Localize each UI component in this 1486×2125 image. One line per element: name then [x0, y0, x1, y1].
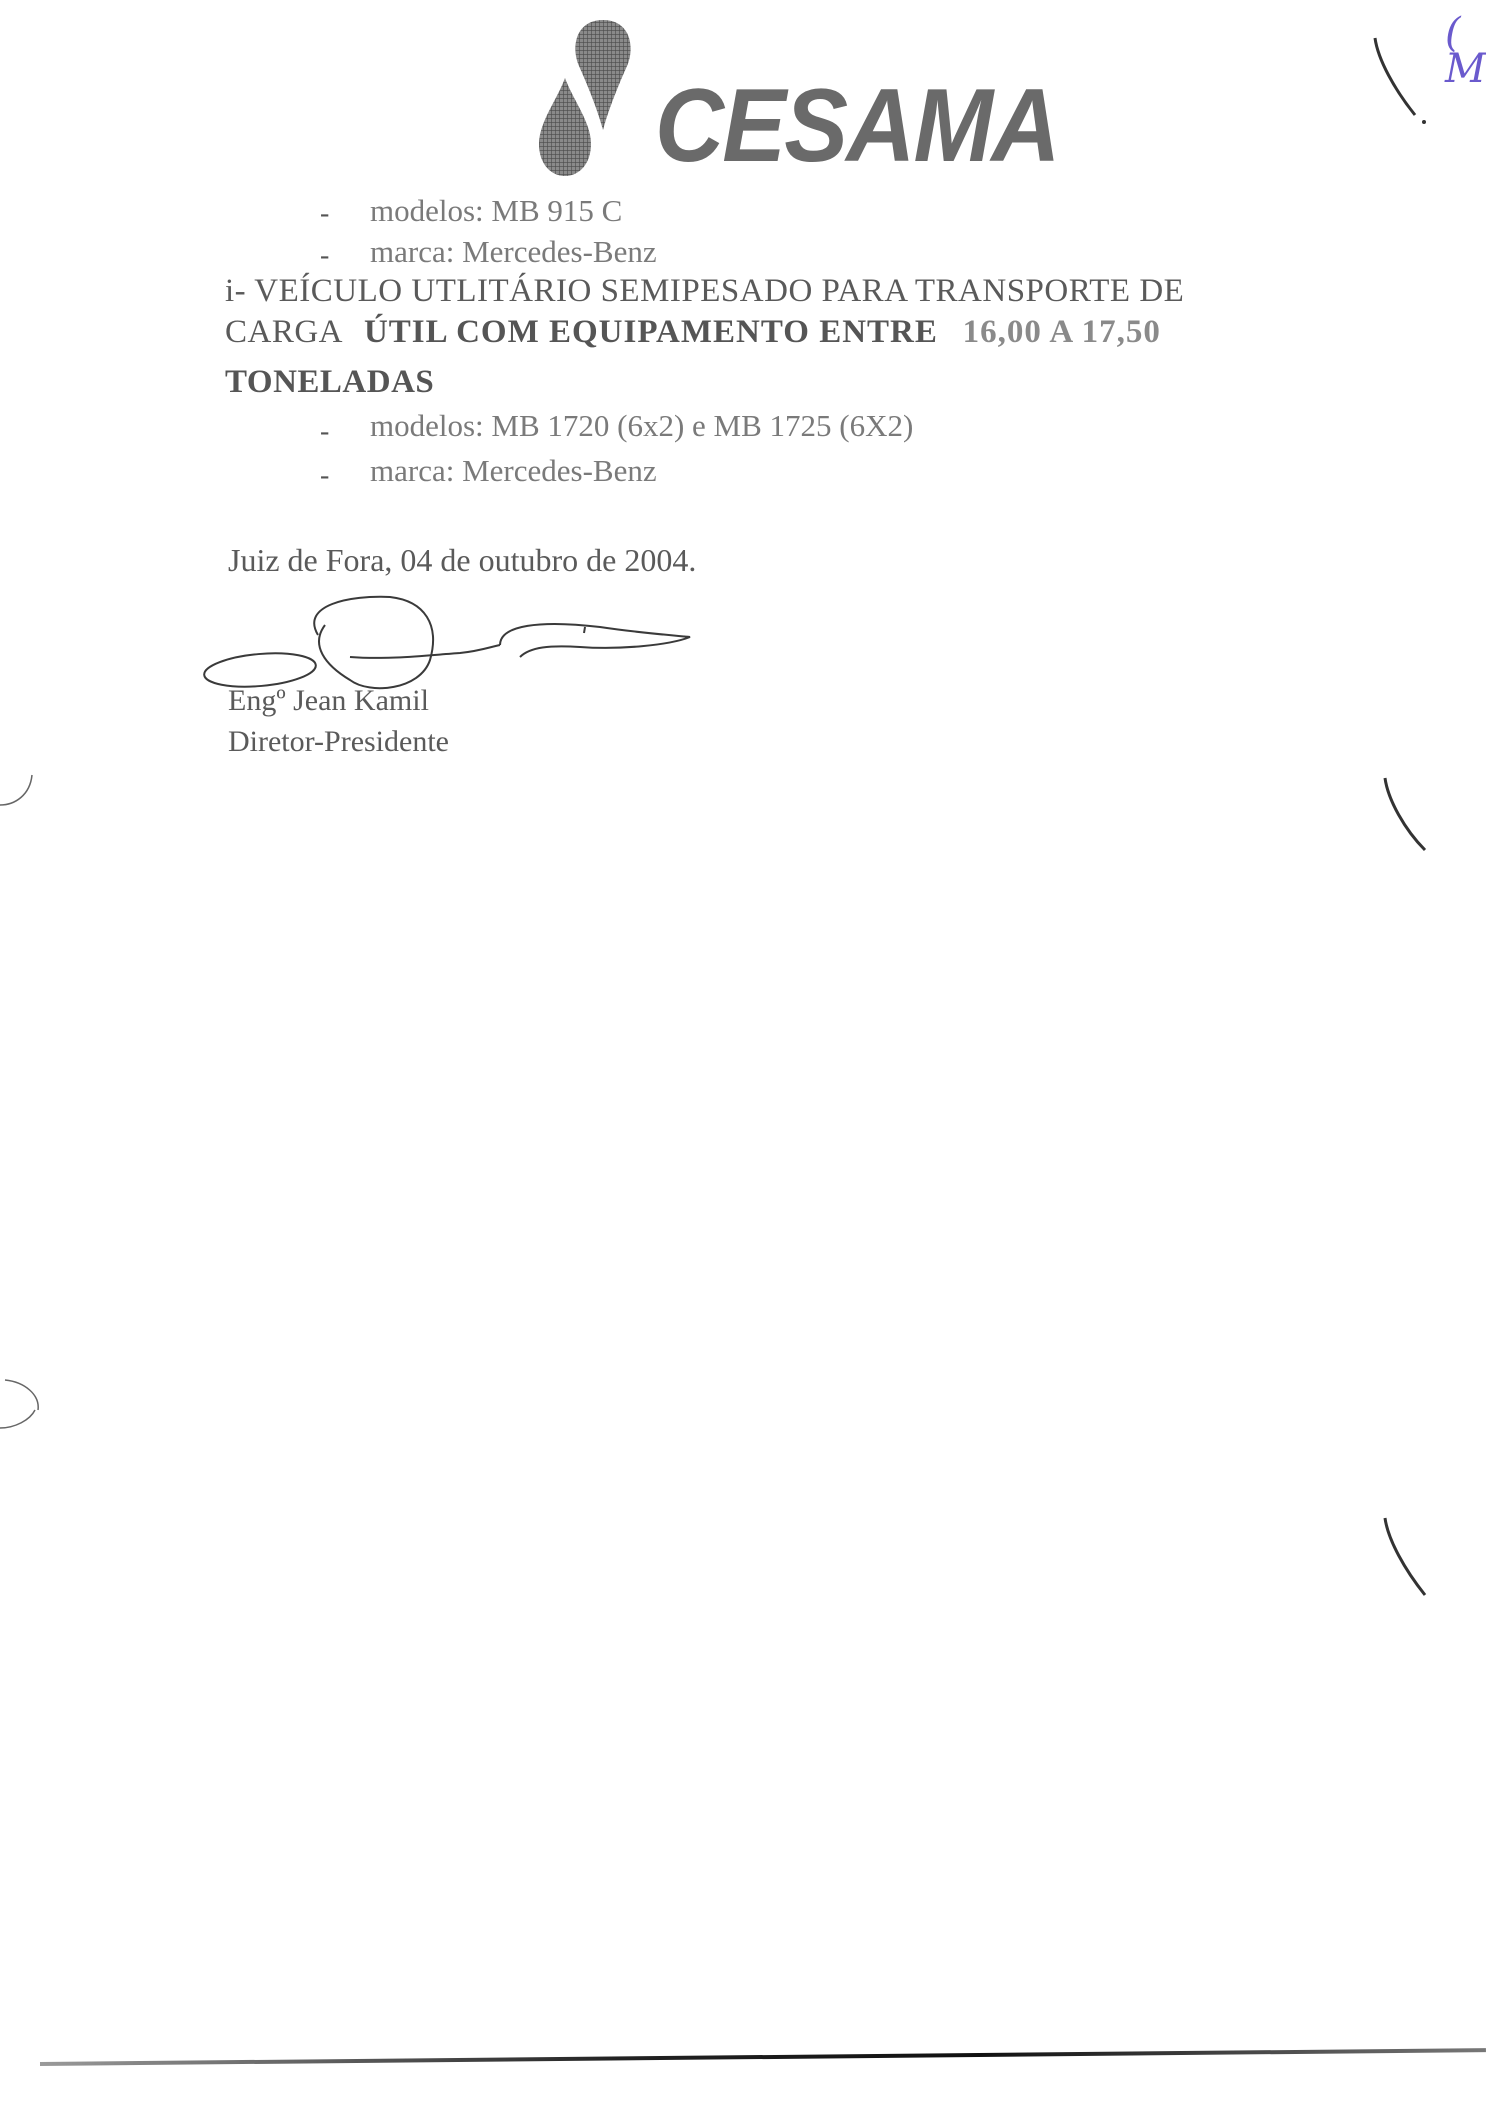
list-item: marca: Mercedes-Benz [370, 455, 657, 486]
bullet-dash: - [320, 240, 329, 272]
heading-range: 16,00 A 17,50 [963, 314, 1161, 350]
list-item: modelos: MB 1720 (6x2) e MB 1725 (6X2) [370, 410, 913, 441]
heading-carga: CARGA [225, 314, 341, 350]
bullet-dash: - [320, 460, 329, 492]
margin-mark-icon [1380, 1510, 1440, 1610]
margin-mark-icon [1370, 30, 1430, 130]
place-date: Juiz de Fora, 04 de outubro de 2004. [228, 544, 696, 576]
cesama-logo: CESAMA [535, 18, 1015, 178]
logo-wordmark: CESAMA [655, 74, 1059, 178]
bullet-dash: - [320, 416, 329, 448]
list-item: marca: Mercedes-Benz [370, 236, 657, 267]
heading-equipment: ÚTIL COM EQUIPAMENTO ENTRE [364, 314, 938, 350]
list-item: modelos: MB 915 C [370, 195, 622, 226]
handwritten-margin-note: ( M [1445, 15, 1486, 87]
section-heading-line-1: i- VEÍCULO UTLITÁRIO SEMIPESADO PARA TRA… [225, 275, 1184, 308]
water-drops-icon [535, 18, 665, 178]
signer-name: Engº Jean Kamil [228, 686, 429, 716]
hole-punch-icon [0, 760, 40, 820]
section-heading-line-2: CARGA ÚTIL COM EQUIPAMENTO ENTRE 16,00 A… [225, 316, 1161, 349]
margin-mark-icon [1380, 770, 1440, 870]
bullet-dash: - [320, 198, 329, 230]
page-bottom-rule [40, 2048, 1486, 2066]
section-heading-line-3: TONELADAS [225, 366, 434, 399]
signer-title: Diretor-Presidente [228, 727, 449, 757]
hole-punch-icon [0, 1370, 40, 1440]
